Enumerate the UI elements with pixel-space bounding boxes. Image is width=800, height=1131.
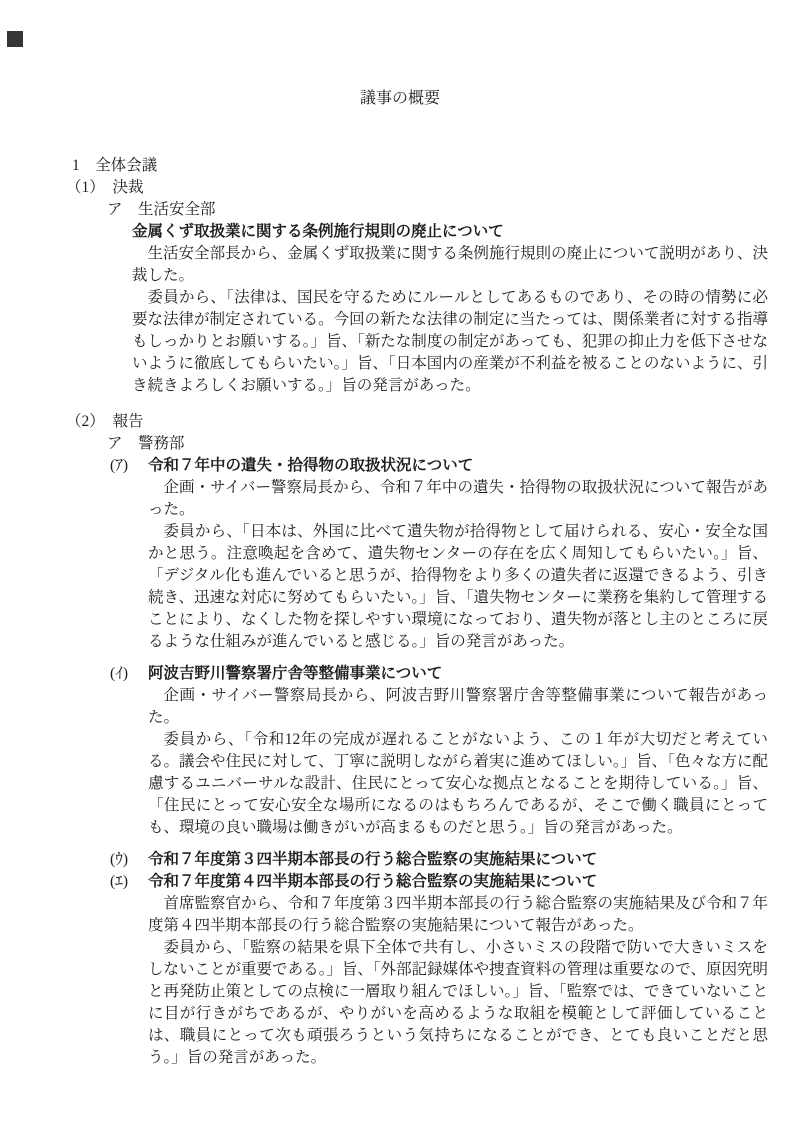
report-paragraph: 委員から、「令和12年の完成が遅れることがないよう、この１年が大切だと考えている…: [148, 729, 768, 839]
document-page: { "document": { "title": "議事の概要", "main_…: [0, 0, 800, 1131]
item-marker: (ｳ): [110, 849, 128, 871]
report-section-label: （2） 報告: [66, 411, 800, 433]
report-paragraph: 委員から、「監察の結果を県下全体で共有し、小さいミスの段階で防いで大きいミスをし…: [148, 937, 768, 1069]
scan-corner-mark: [7, 31, 23, 47]
report-item-b: (ｲ) 阿波吉野川警察署庁舎等整備事業について 企画・サイバー警察局長から、阿波…: [148, 663, 768, 839]
report-item-title: 令和７年中の遺失・拾得物の取扱状況について: [148, 455, 768, 477]
report-paragraph: 企画・サイバー警察局長から、阿波吉野川警察署庁舎等整備事業について報告があった。: [148, 685, 768, 729]
report-paragraph: 委員から、「日本は、外国に比べて遺失物が拾得物として届けられる、安心・安全な国か…: [148, 521, 768, 653]
approval-section-label: （1） 決裁: [66, 177, 800, 199]
item-marker: (ｲ): [110, 663, 128, 685]
report-item-c: (ｳ) 令和７年度第３四半期本部長の行う総合監察の実施結果について: [148, 849, 768, 871]
approval-item-title: 金属くず取扱業に関する条例施行規則の廃止について: [132, 221, 768, 243]
approval-paragraph: 生活安全部長から、金属くず取扱業に関する条例施行規則の廃止について説明があり、決…: [132, 243, 768, 287]
report-item-title: 令和７年度第３四半期本部長の行う総合監察の実施結果について: [148, 849, 768, 871]
item-marker: (ｱ): [110, 455, 128, 477]
report-paragraph: 企画・サイバー警察局長から、令和７年中の遺失・拾得物の取扱状況について報告があっ…: [148, 477, 768, 521]
approval-paragraph: 委員から、「法律は、国民を守るためにルールとしてあるものであり、その時の情勢に必…: [132, 287, 768, 397]
main-item-heading: 1 全体会議: [72, 155, 800, 177]
report-paragraph: 首席監察官から、令和７年度第３四半期本部長の行う総合監察の実施結果及び令和７年度…: [148, 893, 768, 937]
report-item-d: (ｴ) 令和７年度第４四半期本部長の行う総合監察の実施結果について 首席監察官か…: [148, 871, 768, 1069]
page-title: 議事の概要: [0, 88, 800, 110]
approval-dept-label: ア 生活安全部: [107, 199, 800, 221]
item-marker: (ｴ): [110, 871, 128, 893]
report-item-a: (ｱ) 令和７年中の遺失・拾得物の取扱状況について 企画・サイバー警察局長から、…: [148, 455, 768, 653]
report-item-title: 令和７年度第４四半期本部長の行う総合監察の実施結果について: [148, 871, 768, 893]
report-item-title: 阿波吉野川警察署庁舎等整備事業について: [148, 663, 768, 685]
report-dept-label: ア 警務部: [107, 433, 800, 455]
approval-item: 金属くず取扱業に関する条例施行規則の廃止について 生活安全部長から、金属くず取扱…: [132, 221, 768, 397]
